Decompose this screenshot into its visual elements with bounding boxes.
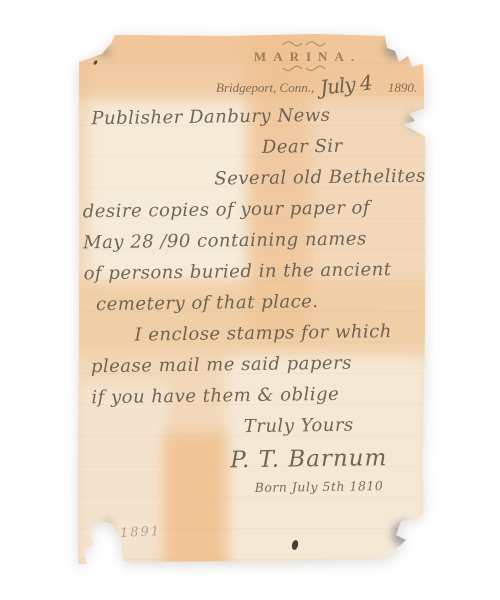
letter-photo: MARINA. Bridgeport, Conn., July 4 1890. … [0,0,500,600]
salutation-line: Dear Sir [262,130,420,163]
tear-smudge [392,521,414,547]
body-line: please mail me said papers [91,347,423,383]
printed-year: 1890. [388,80,417,96]
closing-line: Truly Yours [244,409,424,443]
recipient-line: Publisher Danbury News [91,99,419,135]
body-line: May 28 /90 containing names [83,223,421,259]
handwritten-body: Publisher Danbury News Dear Sir Several … [79,99,424,500]
handwritten-date: July 4 [319,70,373,99]
letter-paper: MARINA. Bridgeport, Conn., July 4 1890. … [78,33,425,565]
flourish-icon [281,39,327,49]
letterhead-name: MARINA. [228,49,380,64]
body-line: desire copies of your paper of [83,192,421,228]
letterhead: MARINA. [228,39,380,74]
body-line: I enclose stamps for which [134,316,422,351]
pencil-year-note: 1891 [120,524,162,541]
tear-smudge [384,39,410,59]
dateline: Bridgeport, Conn., July 4 1890. [216,73,417,97]
body-line: of persons buried in the ancient [83,254,421,290]
body-line: cemetery of that place. [96,285,422,321]
letter-paper-shadow: MARINA. Bridgeport, Conn., July 4 1890. … [78,33,425,565]
birthdate-note: Born July 5th 1810 [255,477,425,497]
tear-smudge [102,519,114,529]
signature: P. T. Barnum [230,440,424,480]
tear-smudge [96,47,112,57]
body-line: Several old Bethelites [214,161,420,195]
body-line: if you have them & oblige [91,378,423,414]
printed-place: Bridgeport, Conn., [216,80,314,96]
